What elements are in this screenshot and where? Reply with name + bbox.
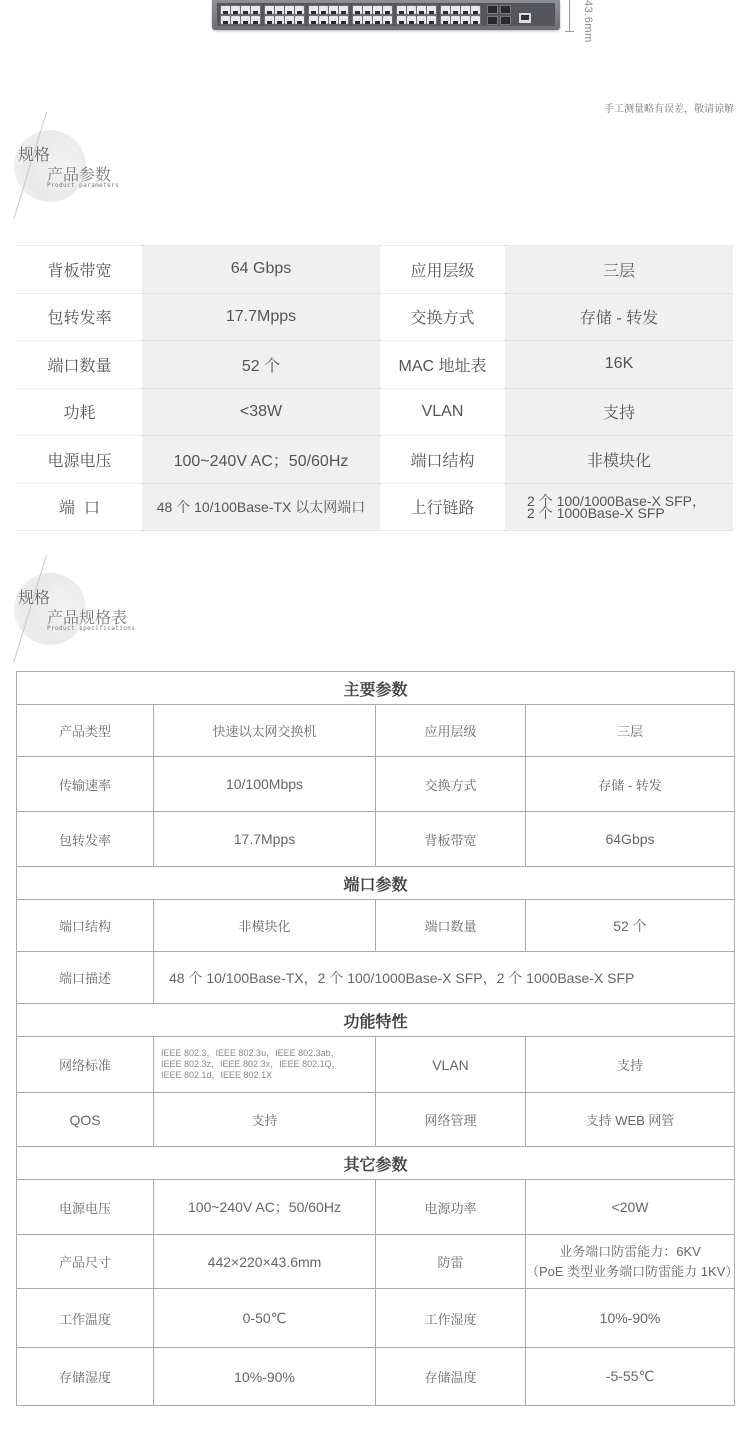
spec-key: 产品类型 bbox=[17, 705, 154, 757]
rj45-port-group bbox=[440, 5, 481, 25]
table-row: 网络标准 IEEE 802.3，IEEE 802.3u，IEEE 802.3ab… bbox=[17, 1037, 735, 1093]
table-row: 端 口 48 个 10/100Base-TX 以太网端口 上行链路 2 个 10… bbox=[17, 483, 733, 531]
spec-key: 电源电压 bbox=[17, 1180, 154, 1235]
group-header-row: 其它参数 bbox=[17, 1147, 735, 1180]
spec-key: 网络管理 bbox=[376, 1093, 526, 1147]
table-row: 工作温度 0-50℃ 工作湿度 10%-90% bbox=[17, 1289, 735, 1348]
standard-line: IEEE 802.3，IEEE 802.3u，IEEE 802.3ab， bbox=[161, 1048, 375, 1059]
spec-value-port-description: 48 个 10/100Base-TX，2 个 100/1000Base-X SF… bbox=[154, 952, 735, 1004]
console-port-icon bbox=[519, 13, 531, 23]
table-row: 背板带宽 64 Gbps 应用层级 三层 bbox=[17, 246, 733, 294]
param-label: 包转发率 bbox=[17, 293, 142, 341]
table-row: 产品尺寸 442×220×43.6mm 防雷 业务端口防雷能力：6KV （PoE… bbox=[17, 1235, 735, 1289]
section-title: 规格 bbox=[18, 585, 50, 608]
standard-line: IEEE 802.1d，IEEE 802.1X bbox=[161, 1070, 375, 1081]
param-label: 电源电压 bbox=[17, 436, 142, 484]
spec-value: 0-50℃ bbox=[154, 1289, 376, 1348]
dimension-tick bbox=[565, 31, 574, 32]
spec-key: 包转发率 bbox=[17, 812, 154, 867]
param-label: 功耗 bbox=[17, 388, 142, 436]
table-row: 端口描述 48 个 10/100Base-TX，2 个 100/1000Base… bbox=[17, 952, 735, 1004]
spec-key: 存储湿度 bbox=[17, 1348, 154, 1406]
param-value-uplink: 2 个 100/1000Base-X SFP， 2 个 1000Base-X S… bbox=[505, 483, 733, 531]
spec-key: 防雷 bbox=[376, 1235, 526, 1289]
param-value: 52 个 bbox=[142, 341, 380, 389]
spec-value: 442×220×43.6mm bbox=[154, 1235, 376, 1289]
spec-value: 存储 - 转发 bbox=[526, 757, 735, 812]
rj45-port-group bbox=[264, 5, 305, 25]
param-label: 端 口 bbox=[17, 483, 142, 531]
standard-line: IEEE 802.3z，IEEE 802.3x，IEEE 802.1Q， bbox=[161, 1059, 375, 1070]
table-row: 电源电压 100~240V AC；50/60Hz 端口结构 非模块化 bbox=[17, 436, 733, 484]
spec-value: 支持 WEB 网管 bbox=[526, 1093, 735, 1147]
table-row: 电源电压 100~240V AC；50/60Hz 电源功率 <20W bbox=[17, 1180, 735, 1235]
spec-key: 端口描述 bbox=[17, 952, 154, 1004]
rj45-port-group bbox=[396, 5, 437, 25]
table-row: 产品类型 快速以太网交换机 应用层级 三层 bbox=[17, 705, 735, 757]
spec-value: 支持 bbox=[526, 1037, 735, 1093]
spec-value: 三层 bbox=[526, 705, 735, 757]
spec-key: 传输速率 bbox=[17, 757, 154, 812]
spec-key: VLAN bbox=[376, 1037, 526, 1093]
group-title-main: 主要参数 bbox=[17, 672, 735, 705]
spec-value: 17.7Mpps bbox=[154, 812, 376, 867]
spec-value: 支持 bbox=[154, 1093, 376, 1147]
table-row: 功耗 <38W VLAN 支持 bbox=[17, 388, 733, 436]
param-value: 100~240V AC；50/60Hz bbox=[142, 436, 380, 484]
section-subtitle-en: Product specifications bbox=[47, 625, 135, 632]
param-label: 端口结构 bbox=[380, 436, 505, 484]
spec-key: 端口数量 bbox=[376, 900, 526, 952]
param-label: 交换方式 bbox=[380, 293, 505, 341]
product-parameters-table: 背板带宽 64 Gbps 应用层级 三层 包转发率 17.7Mpps 交换方式 … bbox=[17, 245, 733, 531]
param-label: 上行链路 bbox=[380, 483, 505, 531]
spec-key: 网络标准 bbox=[17, 1037, 154, 1093]
spec-value-lightning: 业务端口防雷能力：6KV （PoE 类型业务端口防雷能力 1KV） bbox=[526, 1235, 735, 1289]
param-label: VLAN bbox=[380, 388, 505, 436]
table-row: 端口数量 52 个 MAC 地址表 16K bbox=[17, 341, 733, 389]
switch-front-panel bbox=[217, 3, 555, 26]
param-value: <38W bbox=[142, 388, 380, 436]
section-subtitle-en: Product parameters bbox=[47, 182, 119, 189]
dimension-line bbox=[569, 0, 570, 31]
sfp-port-group bbox=[487, 5, 511, 25]
group-header-row: 功能特性 bbox=[17, 1004, 735, 1037]
table-row: 存储湿度 10%-90% 存储温度 -5-55℃ bbox=[17, 1348, 735, 1406]
spec-value: 100~240V AC；50/60Hz bbox=[154, 1180, 376, 1235]
param-value: 48 个 10/100Base-TX 以太网端口 bbox=[142, 483, 380, 531]
table-row: 传输速率 10/100Mbps 交换方式 存储 - 转发 bbox=[17, 757, 735, 812]
spec-value: 非模块化 bbox=[154, 900, 376, 952]
spec-key: 端口结构 bbox=[17, 900, 154, 952]
rj45-port-group bbox=[220, 5, 261, 25]
dimension-label: 43.6mm bbox=[582, 0, 594, 43]
spec-key: 背板带宽 bbox=[376, 812, 526, 867]
param-value: 存储 - 转发 bbox=[505, 293, 733, 341]
spec-key: 存储温度 bbox=[376, 1348, 526, 1406]
spec-value: 快速以太网交换机 bbox=[154, 705, 376, 757]
spec-value: 10%-90% bbox=[154, 1348, 376, 1406]
lightning-line-2: （PoE 类型业务端口防雷能力 1KV） bbox=[526, 1262, 734, 1282]
spec-value: 10%-90% bbox=[526, 1289, 735, 1348]
section-title: 规格 bbox=[18, 142, 50, 165]
group-title-port: 端口参数 bbox=[17, 867, 735, 900]
spec-key: QOS bbox=[17, 1093, 154, 1147]
table-row: 端口结构 非模块化 端口数量 52 个 bbox=[17, 900, 735, 952]
param-value: 16K bbox=[505, 341, 733, 389]
measurement-note: 手工测量略有误差，敬请谅解 bbox=[604, 100, 734, 115]
table-row: 包转发率 17.7Mpps 背板带宽 64Gbps bbox=[17, 812, 735, 867]
group-title-feature: 功能特性 bbox=[17, 1004, 735, 1037]
param-value: 支持 bbox=[505, 388, 733, 436]
spec-value: 10/100Mbps bbox=[154, 757, 376, 812]
table-row: QOS 支持 网络管理 支持 WEB 网管 bbox=[17, 1093, 735, 1147]
spec-key: 产品尺寸 bbox=[17, 1235, 154, 1289]
spec-key: 应用层级 bbox=[376, 705, 526, 757]
lightning-line-1: 业务端口防雷能力：6KV bbox=[526, 1242, 734, 1262]
param-label: MAC 地址表 bbox=[380, 341, 505, 389]
group-header-row: 端口参数 bbox=[17, 867, 735, 900]
spec-key: 工作湿度 bbox=[376, 1289, 526, 1348]
product-image-switch bbox=[212, 0, 560, 30]
param-value: 非模块化 bbox=[505, 436, 733, 484]
product-specifications-table: 主要参数 产品类型 快速以太网交换机 应用层级 三层 传输速率 10/100Mb… bbox=[16, 671, 735, 1406]
spec-value-standards: IEEE 802.3，IEEE 802.3u，IEEE 802.3ab， IEE… bbox=[154, 1037, 376, 1093]
spec-key: 工作温度 bbox=[17, 1289, 154, 1348]
rj45-port-group bbox=[308, 5, 349, 25]
table-row: 包转发率 17.7Mpps 交换方式 存储 - 转发 bbox=[17, 293, 733, 341]
section-heading-specifications: 规格 产品规格表 Product specifications bbox=[0, 555, 170, 665]
param-label: 应用层级 bbox=[380, 246, 505, 294]
group-title-other: 其它参数 bbox=[17, 1147, 735, 1180]
spec-key: 交换方式 bbox=[376, 757, 526, 812]
param-value: 17.7Mpps bbox=[142, 293, 380, 341]
spec-value: -5-55℃ bbox=[526, 1348, 735, 1406]
rj45-port-group bbox=[352, 5, 393, 25]
group-header-row: 主要参数 bbox=[17, 672, 735, 705]
param-value: 三层 bbox=[505, 246, 733, 294]
param-value: 64 Gbps bbox=[142, 246, 380, 294]
spec-value: <20W bbox=[526, 1180, 735, 1235]
param-label: 背板带宽 bbox=[17, 246, 142, 294]
section-heading-parameters: 规格 产品参数 Product parameters bbox=[0, 112, 170, 222]
spec-key: 电源功率 bbox=[376, 1180, 526, 1235]
spec-value: 64Gbps bbox=[526, 812, 735, 867]
param-label: 端口数量 bbox=[17, 341, 142, 389]
spec-value: 52 个 bbox=[526, 900, 735, 952]
